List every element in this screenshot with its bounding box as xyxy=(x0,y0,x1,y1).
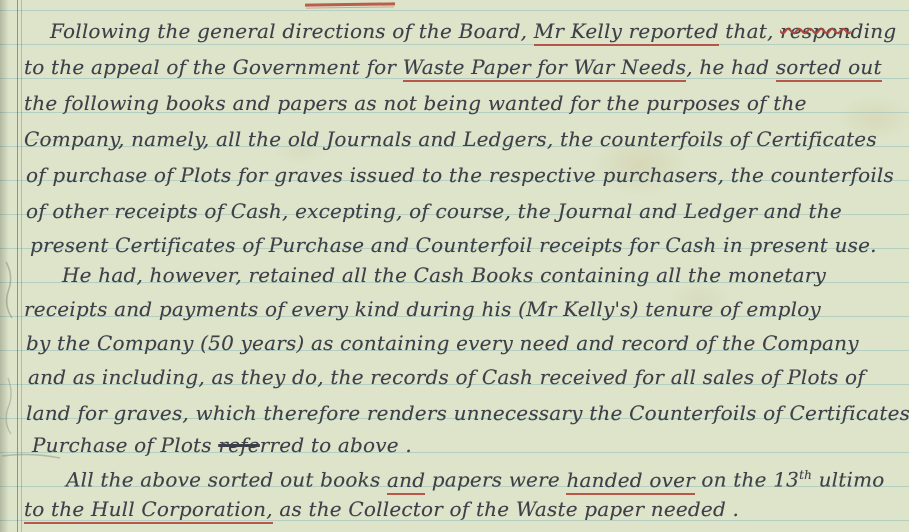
text-segment: Company, namely, all the old Journals an… xyxy=(24,127,877,151)
text-segment: rred to above . xyxy=(260,433,412,457)
text-segment: that, xyxy=(719,19,780,43)
handwritten-line: receipts and payments of every kind duri… xyxy=(24,294,821,324)
text-segment: to the appeal of the Government for xyxy=(24,55,403,79)
struck-text: refe xyxy=(218,433,259,457)
red-underlined-text: sorted out xyxy=(776,55,882,82)
text-segment: papers were xyxy=(425,468,566,492)
handwritten-line: He had, however, retained all the Cash B… xyxy=(62,260,826,290)
handwritten-line: Following the general directions of the … xyxy=(50,16,896,46)
text-segment: by the Company (50 years) as containing … xyxy=(26,331,859,355)
text-segment: and as including, as they do, the record… xyxy=(28,365,865,389)
text-segment: receipts and payments of every kind duri… xyxy=(24,297,821,321)
red-underlined-text: handed over xyxy=(566,468,694,495)
text-segment: land for graves, which therefore renders… xyxy=(26,401,909,425)
handwritten-text-block: Following the general directions of the … xyxy=(0,0,909,532)
handwritten-line: All the above sorted out books and paper… xyxy=(66,460,885,495)
red-underlined-text: Mr Kelly reported xyxy=(534,19,719,46)
handwritten-line: by the Company (50 years) as containing … xyxy=(26,328,859,358)
text-segment: Following the general directions of the … xyxy=(50,19,534,43)
handwritten-line: land for graves, which therefore renders… xyxy=(26,398,909,428)
handwritten-line: and as including, as they do, the record… xyxy=(28,362,865,392)
text-segment: as the Collector of the Waste paper need… xyxy=(273,497,739,521)
text-segment: He had, however, retained all the Cash B… xyxy=(62,263,826,287)
red-underlined-text: Waste Paper for War Needs xyxy=(403,55,687,82)
handwritten-line: present Certificates of Purchase and Cou… xyxy=(30,230,877,260)
text-segment: the following books and papers as not be… xyxy=(24,91,807,115)
text-segment: All the above sorted out books xyxy=(66,468,387,492)
handwritten-line: Purchase of Plots referred to above . xyxy=(32,430,412,460)
text-segment: th xyxy=(799,468,812,482)
red-underlined-text: to the Hull Corporation, xyxy=(24,497,273,524)
text-segment: , he had xyxy=(686,55,776,79)
handwritten-line: of other receipts of Cash, excepting, of… xyxy=(26,196,842,226)
handwritten-line: to the appeal of the Government for Wast… xyxy=(24,52,882,82)
text-segment: ding xyxy=(851,19,897,43)
text-segment: ultimo xyxy=(812,468,884,492)
handwritten-line: to the Hull Corporation, as the Collecto… xyxy=(24,494,739,524)
text-segment: of other receipts of Cash, excepting, of… xyxy=(26,199,842,223)
text-segment: respon xyxy=(780,19,851,43)
red-underlined-text: and xyxy=(387,468,425,495)
handwritten-line: Company, namely, all the old Journals an… xyxy=(24,124,877,154)
handwritten-line: of purchase of Plots for graves issued t… xyxy=(26,160,894,190)
text-segment: Purchase of Plots xyxy=(32,433,218,457)
text-segment: present Certificates of Purchase and Cou… xyxy=(30,233,877,257)
handwritten-line: the following books and papers as not be… xyxy=(24,88,807,118)
notebook-page: Following the general directions of the … xyxy=(0,0,909,532)
text-segment: of purchase of Plots for graves issued t… xyxy=(26,163,894,187)
text-segment: on the 13 xyxy=(695,468,799,492)
